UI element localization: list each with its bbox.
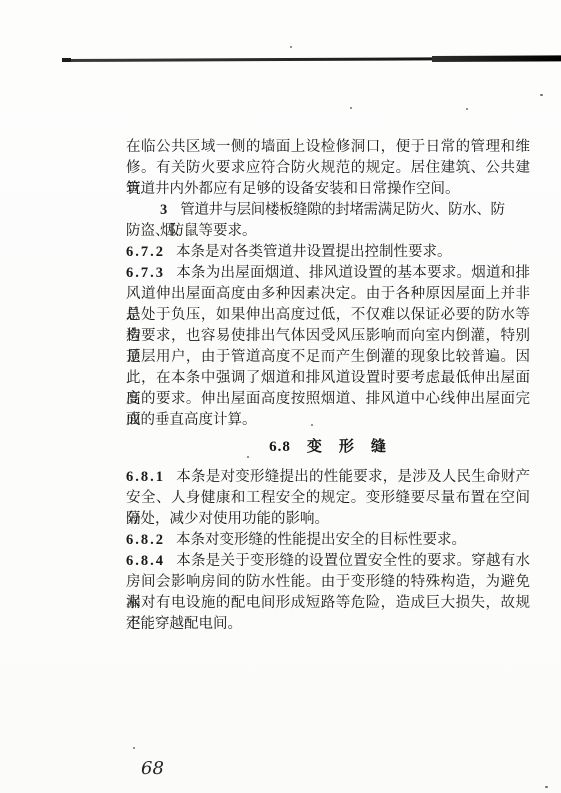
text-line: 面的垂直高度计算。 [126, 410, 530, 431]
clause-number: 6.7.3 [126, 265, 165, 281]
scan-speck [545, 786, 548, 788]
clause-line: 6.7.3本条为出屋面烟道、排风道设置的基本要求。烟道和排 [126, 263, 530, 284]
scan-speck [540, 94, 543, 96]
scan-speck [133, 747, 135, 749]
scan-artifact-line-tip [62, 58, 71, 62]
clause-line: 6.7.2本条是对各类管道井设置提出控制性要求。 [126, 242, 530, 263]
clause-text: 本条为出屋面烟道、排风道设置的基本要求。烟道和排 [176, 265, 530, 281]
clause-line: 6.8.2本条对变形缝的性能提出安全的目标性要求。 [126, 530, 530, 551]
scan-artifact-line-right [432, 55, 561, 62]
scan-speck [290, 46, 292, 48]
clause-number: 6.8.4 [126, 553, 165, 569]
clause-number: 6.8.2 [126, 532, 165, 548]
clause-line: 6.8.4本条是关于变形缝的设置位置安全性的要求。穿越有水 [126, 551, 530, 572]
text-line: 隔处，减少对使用功能的影响。 [126, 509, 530, 530]
scan-speck [350, 107, 352, 109]
clause-text: 本条是关于变形缝的设置位置安全性的要求。穿越有水 [176, 553, 530, 569]
text-line: 顶层用户，由于管道高度不足而产生倒灌的现象比较普遍。因 [126, 347, 530, 368]
text-line: 管道井内外都应有足够的设备安装和日常操作空间。 [126, 179, 530, 200]
clause-text: 本条对变形缝的性能提出安全的目标性要求。 [176, 532, 466, 548]
clause-line: 6.8.1本条是对变形缝提出的性能要求，是涉及人民生命财产 [126, 467, 530, 488]
scan-speck [466, 108, 468, 110]
clause-text: 本条是对各类管道井设置提出控制性要求。 [176, 244, 452, 260]
text-line: 防盗、防鼠等要求。 [126, 221, 530, 242]
text-line: 不能穿越配电间。 [126, 614, 530, 635]
clause-number: 6.7.2 [126, 244, 165, 260]
clause-number: 6.8.1 [126, 469, 165, 485]
scanned-page: 在临公共区域一侧的墙面上设检修洞口，便于日常的管理和维 修。有关防火要求应符合防… [0, 0, 561, 793]
page-number: 68 [141, 758, 164, 779]
list-item-number: 3 [160, 202, 169, 218]
clause-text: 本条是对变形缝提出的性能要求，是涉及人民生命财产 [176, 469, 530, 485]
text-line: 在临公共区域一侧的墙面上设检修洞口，便于日常的管理和维 [126, 137, 530, 158]
section-heading: 6.8 变 形 缝 [126, 437, 530, 458]
